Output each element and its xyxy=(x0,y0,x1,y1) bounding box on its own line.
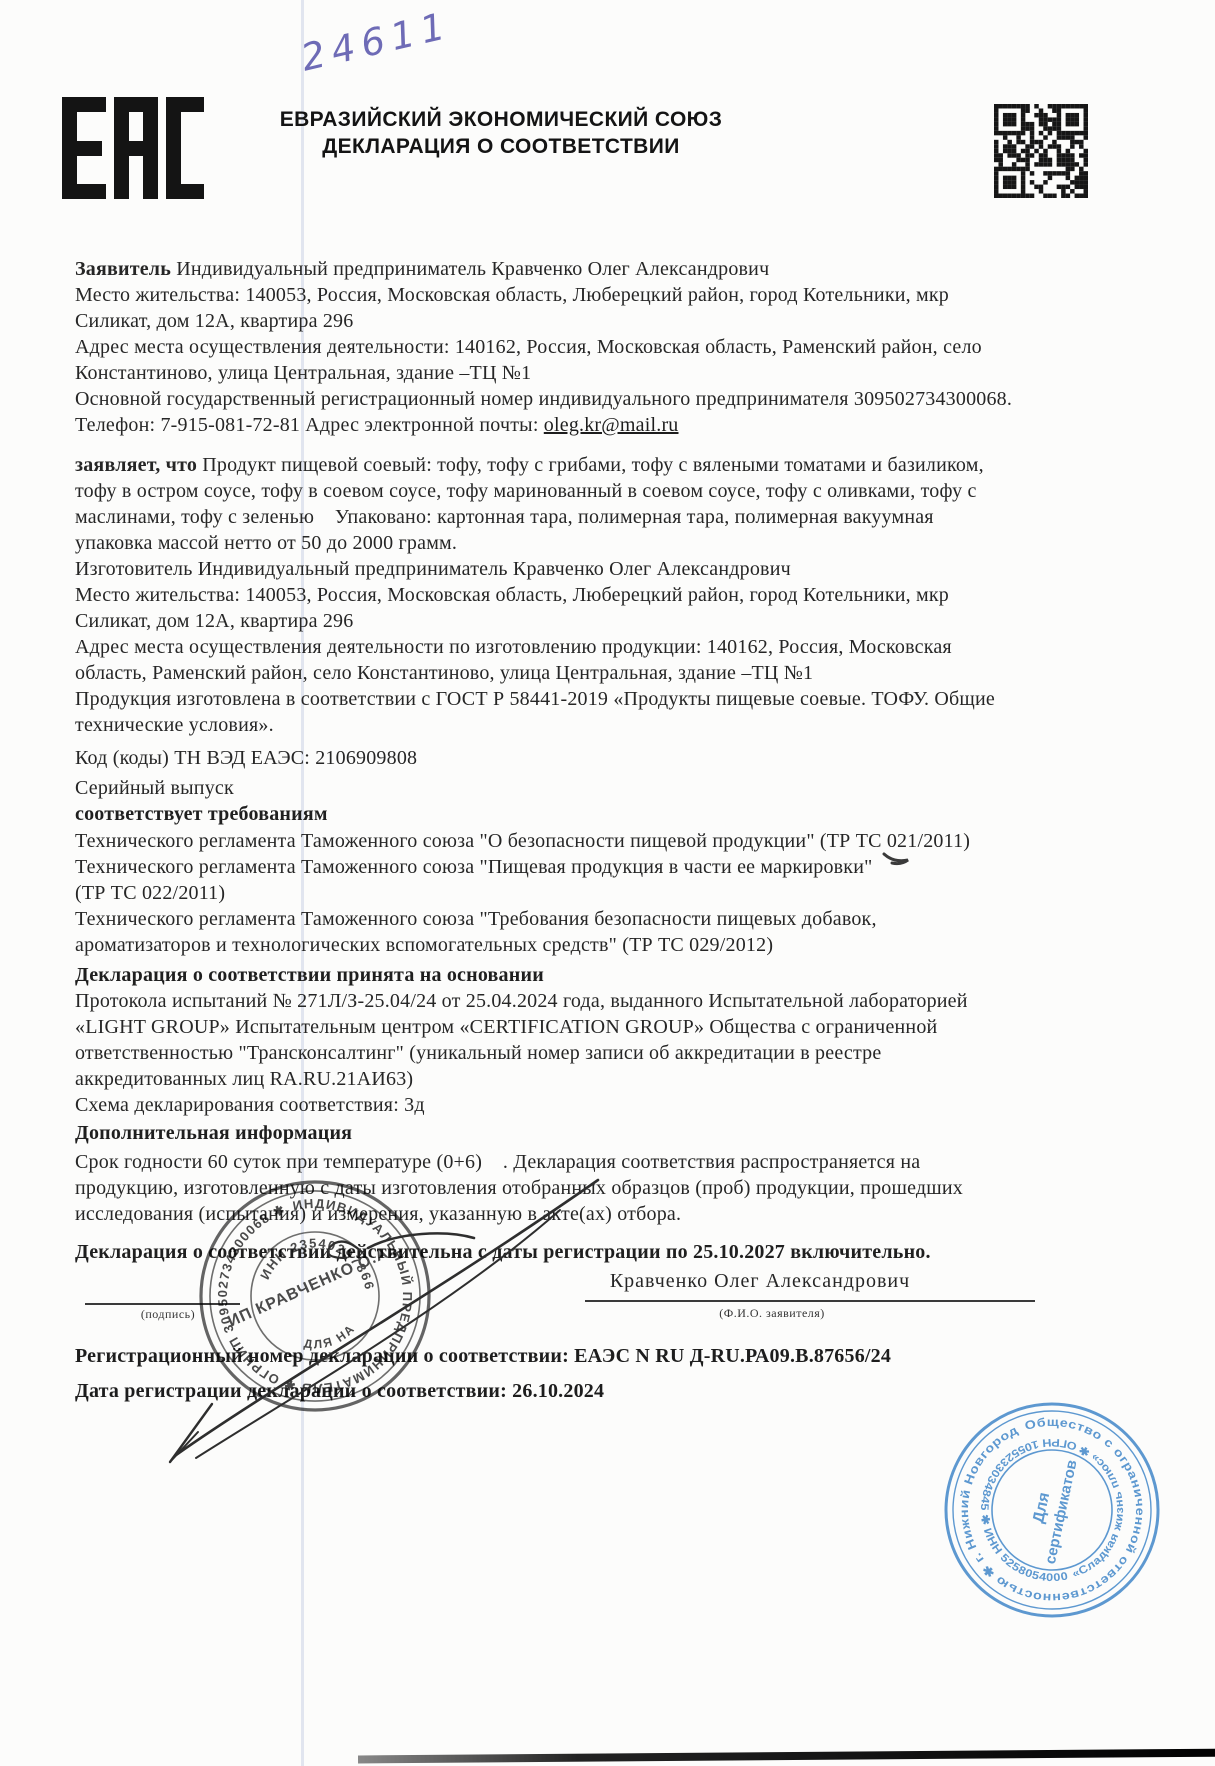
black-round-stamp: ИНДИВИДУАЛЬНЫЙ ПРЕДПРИНИМАТЕЛЬ ✱ ОГРНИП … xyxy=(183,1164,447,1428)
name-line xyxy=(585,1300,1035,1302)
tnved-code-line: Код (коды) ТН ВЭД ЕАЭС: 2106909808 xyxy=(75,745,1153,771)
product-description: Продукт пищевой соевый: тофу, тофу с гри… xyxy=(75,454,995,736)
applicant-section: Заявитель Индивидуальный предприниматель… xyxy=(75,256,1153,438)
blue-stamp-center-line1: Для xyxy=(1030,1491,1053,1525)
eac-logo-icon xyxy=(62,97,204,199)
svg-text:Общество с ограниченной ответс: Общество с ограниченной ответственностью… xyxy=(932,1390,1172,1630)
basis-heading: Декларация о соответствии принята на осн… xyxy=(75,964,544,987)
title-line-2: ДЕКЛАРАЦИЯ О СООТВЕТСТВИИ xyxy=(246,133,756,160)
qr-code xyxy=(994,104,1088,198)
applicant-name: Кравченко Олег Александрович xyxy=(595,1270,925,1293)
declares-section: заявляет, что Продукт пищевой соевый: то… xyxy=(75,452,1153,738)
svg-text:ДЛЯ НА: ДЛЯ НА xyxy=(299,1319,361,1355)
applicant-label: Заявитель xyxy=(75,258,171,280)
black-stamp-bottom-text: ДЛЯ НА xyxy=(299,1319,361,1355)
name-caption: (Ф.И.О. заявителя) xyxy=(672,1306,872,1321)
scan-page-edge xyxy=(358,1749,1215,1764)
blue-stamp-outer-text: Общество с ограниченной ответственностью… xyxy=(932,1390,1172,1630)
compliance-heading: соответствует требованиям xyxy=(75,803,328,826)
email-link[interactable]: oleg.kr@mail.ru xyxy=(544,414,679,436)
additional-info-heading: Дополнительная информация xyxy=(75,1122,352,1145)
phone-line: Телефон: 7-915-081-72-81 Адрес электронн… xyxy=(75,414,544,436)
declaration-document: 24611 ЕВРАЗИЙСКИЙ ЭКОНОМИЧЕСКИЙ СОЮЗ ДЕК… xyxy=(0,0,1215,1766)
release-type: Серийный выпуск xyxy=(75,775,1153,801)
compliance-body: Технического регламента Таможенного союз… xyxy=(75,828,1153,958)
handwritten-number: 24611 xyxy=(297,3,455,79)
title-line-1: ЕВРАЗИЙСКИЙ ЭКОНОМИЧЕСКИЙ СОЮЗ xyxy=(246,106,756,133)
declares-label: заявляет, что xyxy=(75,454,197,476)
applicant-details: Место жительства: 140053, Россия, Москов… xyxy=(75,284,1012,410)
basis-body: Протокола испытаний № 271Л/З-25.04/24 от… xyxy=(75,988,1153,1118)
applicant-intro: Индивидуальный предприниматель Кравченко… xyxy=(171,258,769,280)
svg-text:ИНДИВИДУАЛЬНЫЙ ПРЕДПРИНИМАТЕЛЬ: ИНДИВИДУАЛЬНЫЙ ПРЕДПРИНИМАТЕЛЬ ✱ ОГРНИП … xyxy=(194,1175,437,1418)
document-title: ЕВРАЗИЙСКИЙ ЭКОНОМИЧЕСКИЙ СОЮЗ ДЕКЛАРАЦИ… xyxy=(246,106,756,160)
black-stamp-ring-text: ИНДИВИДУАЛЬНЫЙ ПРЕДПРИНИМАТЕЛЬ ✱ ОГРНИП … xyxy=(194,1175,437,1418)
blue-round-stamp: Общество с ограниченной ответственностью… xyxy=(930,1388,1174,1632)
